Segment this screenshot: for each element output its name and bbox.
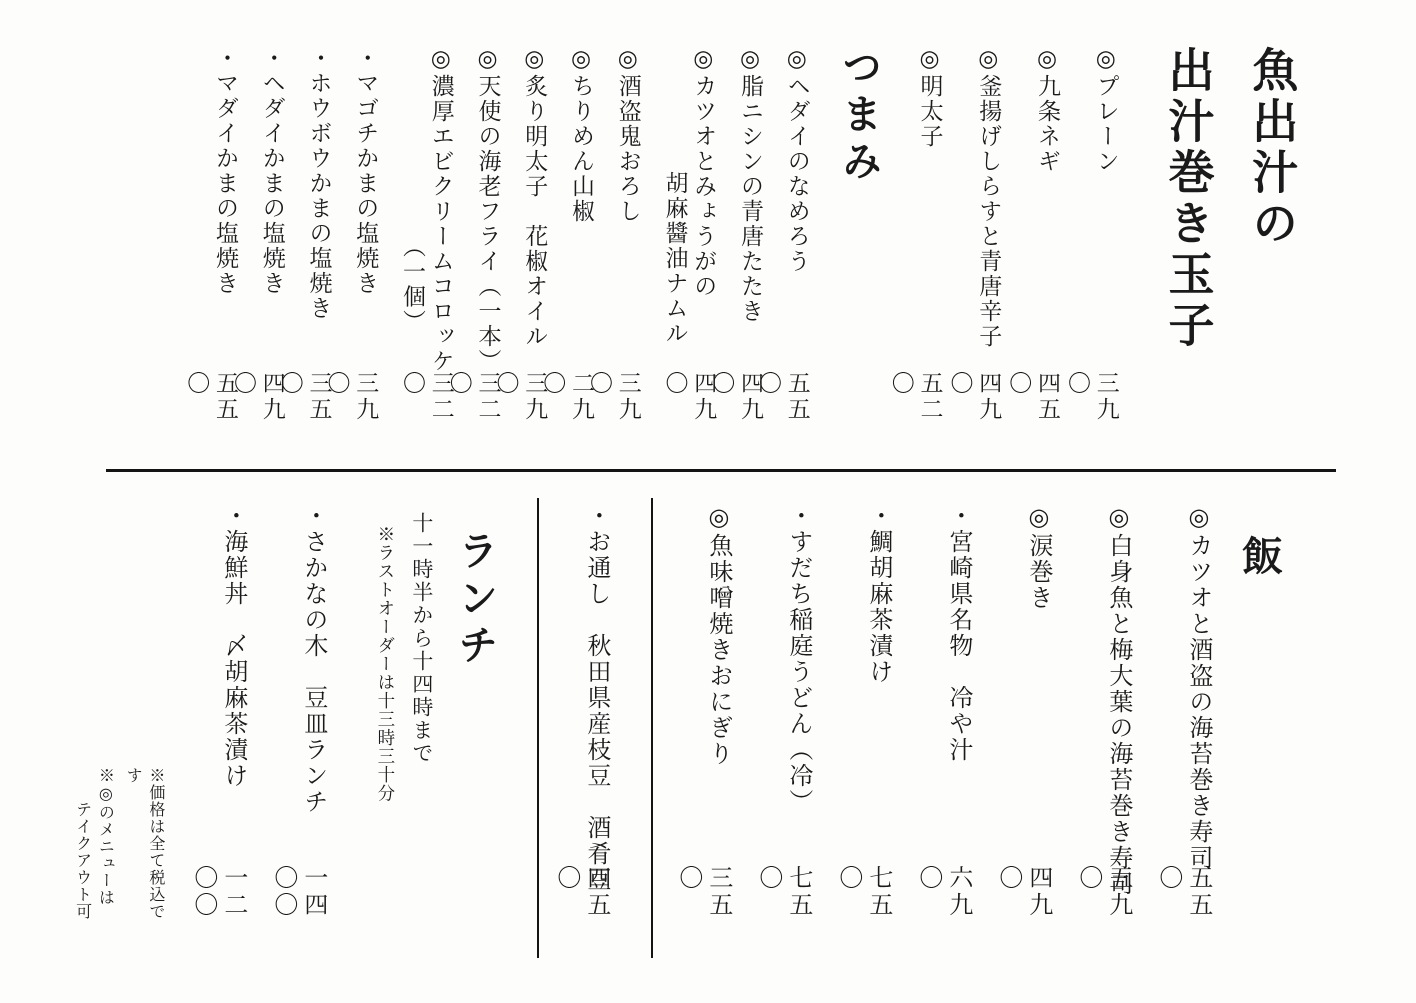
menu-item: ◎釜揚げしらすと青唐辛子四九〇 (974, 46, 1003, 432)
item-name: ◎酒盗鬼おろし (616, 46, 641, 224)
meshi-items: ◎カツオと酒盗の海苔巻き寿司五五〇◎白身魚と梅大葉の海苔巻き寿司五九〇◎涙巻き四… (703, 495, 1213, 935)
menu-item: ・すだち稲庭うどん（冷）七五〇 (783, 495, 813, 943)
item-name: ・お通し 秋田県産枝豆 酒肴豆 (583, 503, 609, 893)
item-price: 一二〇〇 (188, 865, 248, 943)
item-price: 五九〇 (1073, 865, 1133, 943)
section-tsumami: つまみ ◎ヘダイのなめろう五五〇◎脂ニシンの青唐たたき四九〇◎カツオとみょうがの… (210, 46, 885, 432)
item-name: ◎白身魚と梅大葉の海苔巻き寿司 (1105, 503, 1131, 897)
item-name: ・宮崎県名物 冷や汁 (945, 503, 971, 763)
item-name: ・鯛胡麻茶漬け (865, 503, 891, 685)
menu-item: ◎カツオと酒盗の海苔巻き寿司五五〇 (1183, 495, 1213, 943)
menu-item: ◎酒盗鬼おろし三九〇 (613, 46, 642, 432)
item-name: ◎ちりめん山椒 (569, 46, 594, 224)
item-name: ◎魚味噌焼きおにぎり (705, 503, 731, 767)
section-title-lunch: ランチ (449, 495, 501, 935)
item-price: 三二〇 (397, 371, 455, 432)
item-price: 三九〇 (1062, 371, 1120, 432)
item-price: 四五〇 (1004, 371, 1062, 432)
menu-item: ◎九条ネギ四五〇 (1032, 46, 1061, 432)
legend-notes: ※価格は全て税込です ※◎のメニューは テイクアウト可 (70, 495, 166, 935)
menu-item: ・マゴチかまの塩焼き三九〇 (351, 46, 380, 432)
item-price: 四九〇 (945, 371, 1003, 432)
section-lunch: ランチ 十一時半から十四時まで ※ラストオーダーは十三時三十分 ・さかなの木 豆… (218, 495, 501, 935)
menu-item: ・ヘダイかまの塩焼き四九〇 (257, 46, 286, 432)
menu-item: ・宮崎県名物 冷や汁六九〇 (943, 495, 973, 943)
item-name: ・ホウボウかまの塩焼き (307, 46, 332, 321)
item-name: ◎脂ニシンの青唐たたき (738, 46, 763, 324)
item-price: 五二〇 (886, 371, 944, 432)
item-name: ・マダイかまの塩焼き (213, 46, 238, 296)
item-name: ◎ヘダイのなめろう (785, 46, 810, 274)
vertical-divider (651, 498, 653, 958)
item-name: ◎明太子 (918, 46, 943, 149)
menu-item: ◎魚味噌焼きおにぎり三五〇 (703, 495, 733, 943)
item-name: ◎九条ネギ (1035, 46, 1060, 174)
lunch-items: ・さかなの木 豆皿ランチ一四〇〇・海鮮丼 〆胡麻茶漬け一二〇〇 (218, 495, 328, 935)
vertical-divider (537, 498, 539, 958)
menu-item: ・さかなの木 豆皿ランチ一四〇〇 (298, 495, 328, 943)
section-dashimaki-tamago: 魚出汁の 出汁巻き玉子 ◎プレーン三九〇◎九条ネギ四五〇◎釜揚げしらすと青唐辛子… (915, 46, 1313, 432)
menu-item: ◎カツオとみょうがの 胡麻醬油ナムル四九〇 (660, 46, 718, 432)
tax-note: ※価格は全て税込です (120, 767, 165, 935)
lunch-hours: 十一時半から十四時まで (407, 495, 437, 952)
menu-item: ・鯛胡麻茶漬け七五〇 (863, 495, 893, 943)
item-name: ・すだち稲庭うどん（冷） (785, 503, 811, 815)
section-meshi: 飯 ◎カツオと酒盗の海苔巻き寿司五五〇◎白身魚と梅大葉の海苔巻き寿司五九〇◎涙巻… (703, 495, 1285, 935)
menu-item: ・お通し 秋田県産枝豆 酒肴豆四五〇 (581, 495, 611, 943)
top-row: 魚出汁の 出汁巻き玉子 ◎プレーン三九〇◎九条ネギ四五〇◎釜揚げしらすと青唐辛子… (192, 46, 1344, 432)
section-otoshi: ・お通し 秋田県産枝豆 酒肴豆四五〇 (581, 495, 611, 935)
menu-item: ◎ちりめん山椒二九〇 (566, 46, 595, 432)
item-price: 七五〇 (833, 865, 893, 943)
horizontal-divider (106, 469, 1336, 472)
menu-item: ◎プレーン三九〇 (1091, 46, 1120, 432)
item-name: ◎涙巻き (1025, 503, 1051, 611)
item-name: ・海鮮丼 〆胡麻茶漬け (220, 503, 246, 789)
item-name: ・マゴチかまの塩焼き (353, 46, 378, 296)
item-name: ◎天使の海老フライ（一本） (476, 46, 501, 374)
dashimaki-items: ◎プレーン三九〇◎九条ネギ四五〇◎釜揚げしらすと青唐辛子四九〇◎明太子五二〇 (915, 46, 1120, 432)
menu-item: ◎脂ニシンの青唐たたき四九〇 (735, 46, 764, 432)
item-name: ◎釜揚げしらすと青唐辛子 (976, 46, 1001, 349)
item-price: 一四〇〇 (268, 865, 328, 943)
menu-item: ◎濃厚エビクリームコロッケ （一個）三二〇 (397, 46, 455, 432)
menu-item: ◎涙巻き四九〇 (1023, 495, 1053, 943)
takeout-note: ※◎のメニューは テイクアウト可 (70, 767, 115, 935)
menu-item: ・マダイかまの塩焼き五五〇 (210, 46, 239, 432)
menu-item: ◎天使の海老フライ（一本）三二〇 (473, 46, 502, 432)
bottom-row: 飯 ◎カツオと酒盗の海苔巻き寿司五五〇◎白身魚と梅大葉の海苔巻き寿司五九〇◎涙巻… (65, 495, 1318, 935)
item-name: ◎炙り明太子 花椒オイル (522, 46, 547, 349)
item-name: ・さかなの木 豆皿ランチ (300, 503, 326, 815)
item-name: ◎濃厚エビクリームコロッケ （一個） (400, 46, 454, 374)
item-price: 四九〇 (993, 865, 1053, 943)
tsumami-items: ◎ヘダイのなめろう五五〇◎脂ニシンの青唐たたき四九〇◎カツオとみょうがの 胡麻醬… (210, 46, 811, 432)
section-title-tsumami: つまみ (833, 46, 885, 432)
menu-item: ・海鮮丼 〆胡麻茶漬け一二〇〇 (218, 495, 248, 943)
item-name: ◎カツオと酒盗の海苔巻き寿司 (1185, 503, 1211, 871)
section-title-dashimaki: 魚出汁の 出汁巻き玉子 (1146, 46, 1313, 432)
menu-item: ◎ヘダイのなめろう五五〇 (782, 46, 811, 432)
item-price: 四九〇 (660, 371, 718, 432)
item-price: 五五〇 (1153, 865, 1213, 943)
item-name: ・ヘダイかまの塩焼き (260, 46, 285, 296)
otoshi-items: ・お通し 秋田県産枝豆 酒肴豆四五〇 (581, 495, 611, 935)
menu-item: ◎明太子五二〇 (915, 46, 944, 432)
item-price: 四五〇 (551, 865, 611, 943)
item-name: ◎プレーン (1094, 46, 1119, 174)
menu-item: ◎白身魚と梅大葉の海苔巻き寿司五九〇 (1103, 495, 1133, 943)
item-price: 六九〇 (913, 865, 973, 943)
menu-page: 魚出汁の 出汁巻き玉子 ◎プレーン三九〇◎九条ネギ四五〇◎釜揚げしらすと青唐辛子… (0, 0, 1416, 1003)
item-name: ◎カツオとみょうがの 胡麻醬油ナムル (663, 46, 717, 346)
item-price: 七五〇 (753, 865, 813, 943)
section-title-meshi: 飯 (1233, 495, 1285, 935)
lunch-last-order-note: ※ラストオーダーは十三時三十分 (374, 495, 399, 965)
menu-item: ◎炙り明太子 花椒オイル三九〇 (520, 46, 549, 432)
menu-item: ・ホウボウかまの塩焼き三五〇 (304, 46, 333, 432)
item-price: 五五〇 (182, 371, 240, 432)
item-price: 三五〇 (673, 865, 733, 943)
